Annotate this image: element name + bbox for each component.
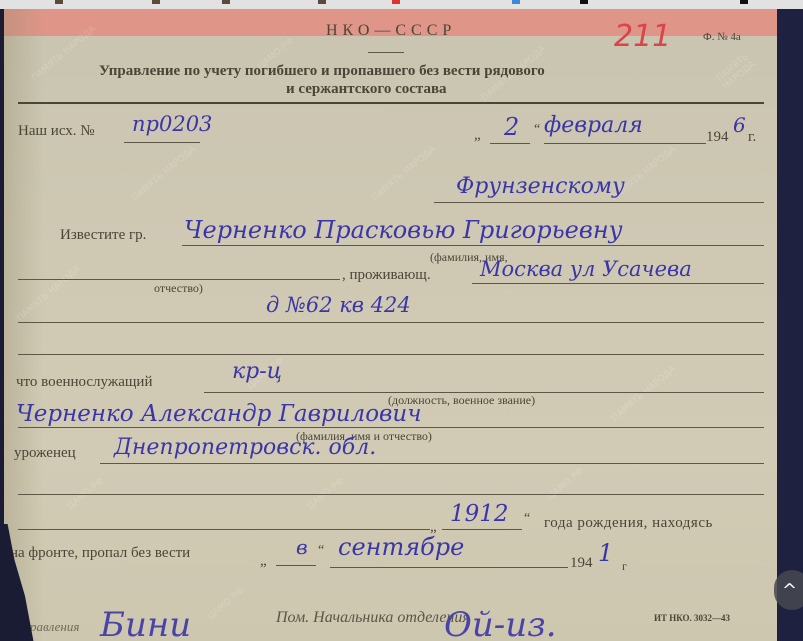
missing-day: в [296, 535, 308, 559]
position-label: Пом. Начальника отделения [276, 609, 470, 627]
toolbar-icon[interactable] [580, 0, 588, 4]
watermark: ЦАМО.РФ [206, 586, 246, 622]
recipient-name: Черненко Прасковью Григорьевну [184, 216, 623, 244]
birth-text: года рождения, находясь [544, 515, 713, 532]
field-line [18, 529, 430, 530]
archive-red-number: 211 [614, 19, 671, 54]
field-line [472, 283, 764, 284]
year-suffix: 6 [733, 113, 746, 137]
toolbar-icon[interactable] [222, 0, 230, 4]
header-title-line2: и сержантского состава [286, 81, 447, 98]
quote: „ [260, 553, 267, 570]
native-place: Днепропетровск. обл. [114, 435, 376, 460]
form-number: Ф. № 4а [703, 31, 741, 43]
native-label: уроженец [14, 445, 76, 462]
page-right-margin [777, 9, 803, 641]
recipient-district: Фрунзенскому [456, 174, 625, 199]
year-suffix: 1 [598, 539, 613, 567]
field-line [544, 143, 706, 144]
address-line2: д №62 кв 424 [266, 293, 411, 317]
browser-toolbar-strip [0, 0, 803, 9]
field-line [124, 142, 200, 143]
field-line [182, 245, 764, 246]
outgoing-day: 2 [504, 113, 519, 141]
address-line1: Москва ул Усачева [480, 257, 692, 281]
quote: “ [524, 511, 530, 527]
outgoing-number: пр0203 [132, 112, 212, 136]
org-header: НКО—СССР [326, 22, 456, 40]
field-line [330, 567, 568, 568]
front-text: на фронте, пропал без вести [10, 545, 190, 562]
toolbar-icon[interactable] [392, 0, 400, 4]
toolbar-icon[interactable] [512, 0, 520, 4]
toolbar-icon[interactable] [152, 0, 160, 4]
outgoing-month: февраля [544, 113, 643, 138]
watermark: ПАМЯТЬ НАРОДА [610, 364, 678, 423]
year-prefix: 194 [706, 129, 729, 146]
field-line [276, 565, 316, 566]
toolbar-icon[interactable] [318, 0, 326, 4]
field-line [18, 322, 764, 323]
quote: „ [474, 127, 481, 144]
chevron-up-icon: ^ [782, 580, 797, 601]
watermark: ЦАМО.РФ [546, 466, 586, 502]
notify-label: Известите гр. [60, 227, 146, 244]
field-line [434, 202, 764, 203]
document-scan: ПАМЯТЬ НАРОДА ЦАМО.РФ ПАМЯТЬ НАРОДА ПАМЯ… [4, 9, 777, 641]
caption: отчество) [154, 281, 203, 296]
quote: “ [534, 122, 540, 138]
divider [368, 52, 404, 53]
missing-month: сентябре [338, 533, 464, 561]
field-line [18, 427, 764, 428]
scroll-to-top-button[interactable]: ^ [774, 570, 803, 610]
field-line [442, 529, 522, 530]
year-unit: г [622, 559, 627, 574]
serviceman-name: Черненко Александр Гаврилович [16, 401, 422, 427]
left-signature: Бини [100, 605, 191, 641]
residing-label: , проживающ. [342, 267, 431, 284]
toolbar-icon[interactable] [55, 0, 63, 4]
serviceman-rank: кр-ц [232, 359, 282, 384]
toolbar-icon[interactable] [740, 0, 748, 4]
year-unit: г. [748, 129, 756, 146]
department-label: равления [30, 619, 79, 635]
quote: “ [318, 543, 324, 559]
field-line [100, 463, 764, 464]
header-rule [18, 102, 764, 104]
watermark: ПАМЯТЬ НАРОДА [370, 144, 438, 203]
print-code: ИТ НКО. 3032—43 [654, 613, 730, 623]
outgoing-label: Наш исх. № [18, 123, 95, 140]
field-line [18, 279, 340, 280]
birth-year: 1912 [450, 501, 509, 527]
serviceman-label: что военнослужащий [16, 374, 152, 391]
watermark: ПАМЯТЬ НАРОДА [130, 144, 198, 203]
year-prefix: 194 [570, 555, 593, 572]
right-signature: Ой-из. [444, 605, 557, 641]
field-line [18, 494, 764, 495]
field-line [18, 354, 764, 355]
header-title-line1: Управление по учету погибшего и пропавше… [99, 63, 545, 80]
field-line [490, 143, 530, 144]
watermark: ПАМЯТЬ НАРОДА [715, 36, 776, 92]
